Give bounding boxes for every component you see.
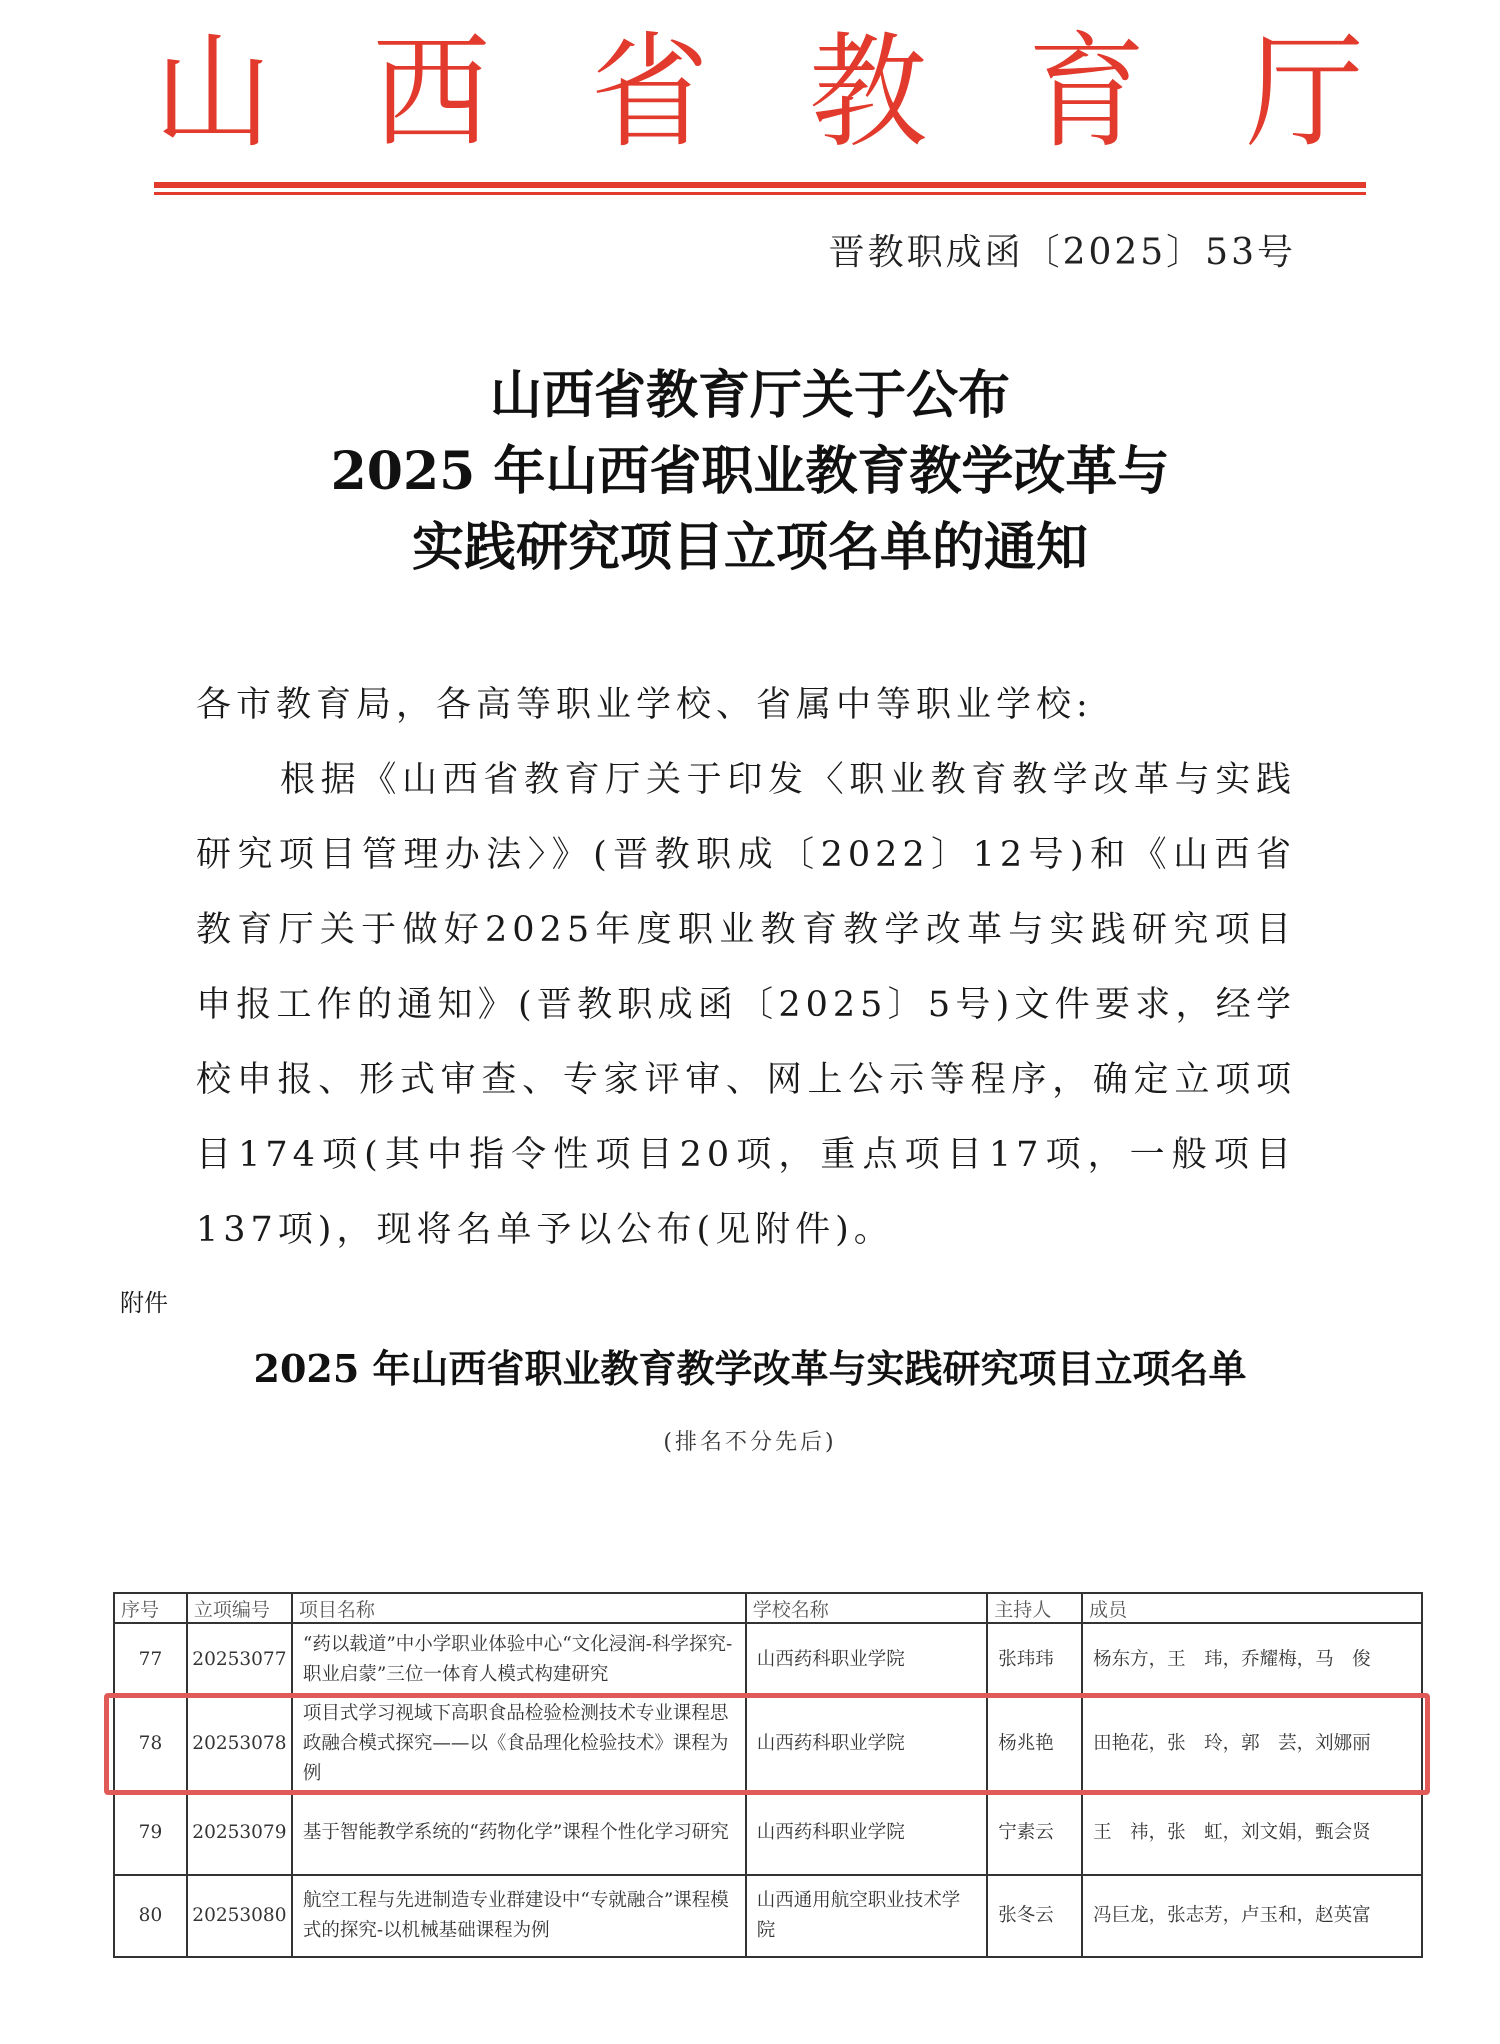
- header-members: 成员: [1082, 1593, 1422, 1623]
- letterhead-char: 教: [809, 19, 927, 166]
- cell-members: 冯巨龙，张志芳，卢玉和，赵英富: [1082, 1875, 1422, 1957]
- letterhead-char: 山: [154, 19, 272, 166]
- title-line: 山西省教育厅关于公布: [0, 358, 1500, 434]
- cell-members: 田艳花，张 玲，郭 芸，刘娜丽: [1082, 1697, 1422, 1791]
- header-code: 立项编号: [187, 1593, 292, 1623]
- document-number: 晋教职成函〔2025〕53号: [829, 224, 1296, 275]
- body-paragraph: 根据《山西省教育厅关于印发〈职业教育教学改革与实践研究项目管理办法〉》(晋教职成…: [196, 743, 1296, 1268]
- letterhead-char: 省: [591, 19, 709, 166]
- cell-name: 航空工程与先进制造专业群建设中“专就融合”课程模式的探究-以机械基础课程为例: [292, 1875, 746, 1957]
- cell-no: 77: [114, 1623, 187, 1697]
- header-school: 学校名称: [746, 1593, 987, 1623]
- cell-members: 杨东方，王 玮，乔耀梅，马 俊: [1082, 1623, 1422, 1697]
- title-line: 实践研究项目立项名单的通知: [0, 510, 1500, 586]
- table-row-highlighted: 78 20253078 项目式学习视域下高职食品检验检测技术专业课程思政融合模式…: [114, 1697, 1422, 1791]
- attachment-label: 附件: [120, 1283, 168, 1318]
- cell-no: 78: [114, 1697, 187, 1791]
- header-no: 序号: [114, 1593, 187, 1623]
- letterhead-char: 育: [1028, 19, 1146, 166]
- cell-name: “药以载道”中小学职业体验中心“文化浸润-科学探究-职业启蒙”三位一体育人模式构…: [292, 1623, 746, 1697]
- cell-name: 基于智能教学系统的“药物化学”课程个性化学习研究: [292, 1791, 746, 1875]
- cell-school: 山西通用航空职业技术学院: [746, 1875, 987, 1957]
- cell-code: 20253079: [187, 1791, 292, 1875]
- cell-no: 79: [114, 1791, 187, 1875]
- project-table: 序号 立项编号 项目名称 学校名称 主持人 成员 77 20253077 “药以…: [113, 1592, 1423, 1958]
- attachment-subtitle: (排名不分先后): [0, 1425, 1500, 1456]
- salutation: 各市教育局，各高等职业学校、省属中等职业学校:: [196, 668, 1296, 743]
- cell-school: 山西药科职业学院: [746, 1697, 987, 1791]
- cell-school: 山西药科职业学院: [746, 1623, 987, 1697]
- header-host: 主持人: [987, 1593, 1082, 1623]
- cell-no: 80: [114, 1875, 187, 1957]
- cell-code: 20253077: [187, 1623, 292, 1697]
- header-name: 项目名称: [292, 1593, 746, 1623]
- cell-host: 杨兆艳: [987, 1697, 1082, 1791]
- letterhead: 山 西 省 教 育 厅: [154, 22, 1364, 162]
- letterhead-char: 西: [372, 19, 490, 166]
- notice-body: 各市教育局，各高等职业学校、省属中等职业学校: 根据《山西省教育厅关于印发〈职业…: [196, 668, 1296, 1268]
- letterhead-char: 厅: [1246, 19, 1364, 166]
- attachment-title: 2025 年山西省职业教育教学改革与实践研究项目立项名单: [0, 1338, 1500, 1393]
- cell-host: 张玮玮: [987, 1623, 1082, 1697]
- table-row: 80 20253080 航空工程与先进制造专业群建设中“专就融合”课程模式的探究…: [114, 1875, 1422, 1957]
- cell-school: 山西药科职业学院: [746, 1791, 987, 1875]
- cell-code: 20253080: [187, 1875, 292, 1957]
- table-row: 79 20253079 基于智能教学系统的“药物化学”课程个性化学习研究 山西药…: [114, 1791, 1422, 1875]
- letterhead-rule-thick: [154, 182, 1366, 188]
- cell-host: 宁素云: [987, 1791, 1082, 1875]
- cell-members: 王 祎，张 虹，刘文娟，甄会贤: [1082, 1791, 1422, 1875]
- cell-code: 20253078: [187, 1697, 292, 1791]
- title-line: 2025 年山西省职业教育教学改革与: [0, 434, 1500, 510]
- notice-title: 山西省教育厅关于公布 2025 年山西省职业教育教学改革与 实践研究项目立项名单…: [0, 358, 1500, 586]
- letterhead-rule-thin: [154, 192, 1366, 195]
- table-row: 77 20253077 “药以载道”中小学职业体验中心“文化浸润-科学探究-职业…: [114, 1623, 1422, 1697]
- cell-host: 张冬云: [987, 1875, 1082, 1957]
- table-header-row: 序号 立项编号 项目名称 学校名称 主持人 成员: [114, 1593, 1422, 1623]
- cell-name: 项目式学习视域下高职食品检验检测技术专业课程思政融合模式探究——以《食品理化检验…: [292, 1697, 746, 1791]
